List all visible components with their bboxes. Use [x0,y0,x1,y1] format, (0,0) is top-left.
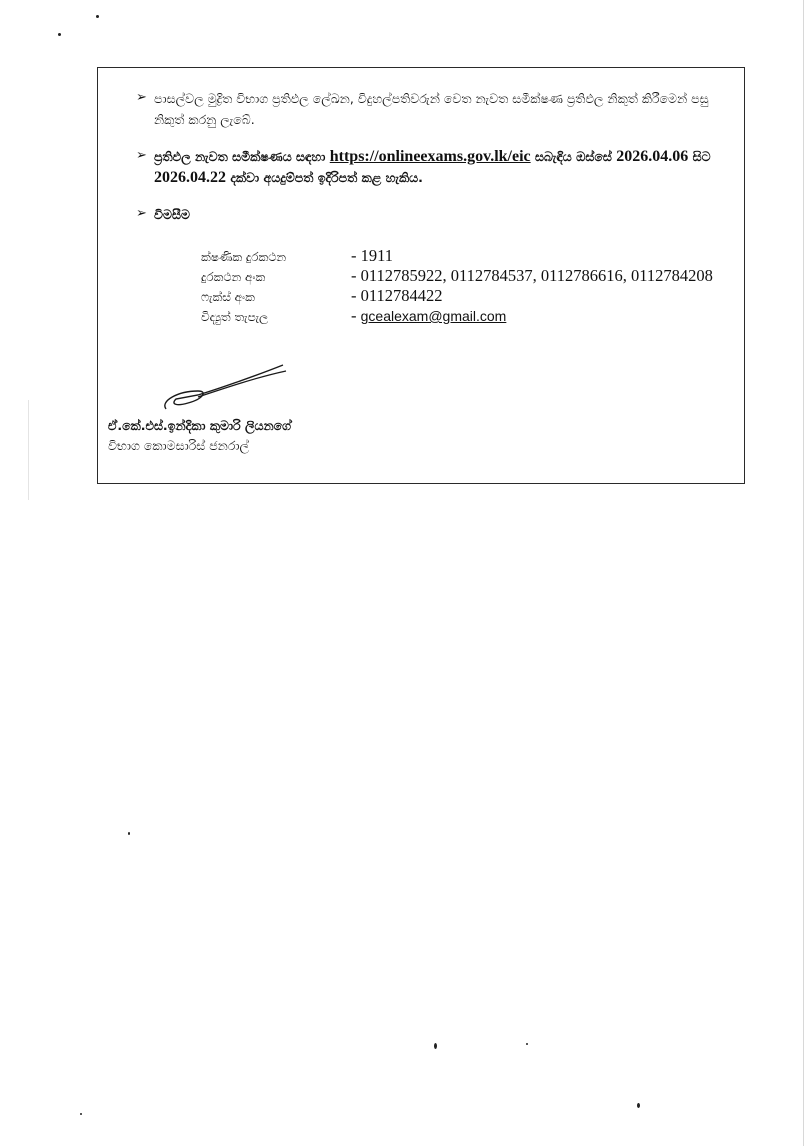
bullet-inquiries: ➢ විමසීම [136,204,714,225]
bullet-text: ප්‍රතිඵල නැවත සමීක්ෂණය සඳහා https://onli… [154,146,714,188]
contact-row-phone: දුරකථන අංක - 0112785922, 0112784537, 011… [201,266,713,286]
contact-value: - 0112784422 [351,286,443,306]
signer-title: විභාග කොමසාරිස් ජනරාල් [108,436,291,456]
bullet-text-part: සබැඳිය ඔස්සේ [535,149,612,164]
contact-row-email: විද්‍යුත් තැපැල - gcealexam@gmail.com [201,306,713,326]
notice-box: ➢ පාසල්වල මුද්‍රිත විභාග ප්‍රතිඵල ලේඛන, … [97,67,745,484]
signer-name: ඒ.කේ.එස්.ඉන්දිකා කුමාරි ලියනගේ [108,416,291,436]
bullet-printed-results: ➢ පාසල්වල මුද්‍රිත විභාග ප්‍රතිඵල ලේඛන, … [136,88,714,130]
date-to: 2026.04.22 [154,169,226,186]
contact-list: ක්ෂණික දුරකථන - 1911 දුරකථන අංක - 011278… [201,246,713,326]
contact-label: දුරකථන අංක [201,270,351,285]
email-link[interactable]: gcealexam@gmail.com [361,308,507,324]
scan-speck [96,15,99,18]
bullet-text-part: දක්වා අයදුම්පත් ඉදිරිපත් කළ හැකිය. [230,170,422,185]
scan-speck [434,1043,437,1049]
bullet-text-part: සිට [693,149,711,164]
recorrection-link[interactable]: https://onlineexams.gov.lk/eic [330,148,531,165]
arrowhead-bullet-icon: ➢ [136,88,154,130]
scan-speck [58,33,61,36]
scan-speck [526,1043,528,1045]
scan-speck [80,1113,82,1115]
scan-speck [128,832,130,835]
contact-value: - 1911 [351,246,393,266]
arrowhead-bullet-icon: ➢ [136,204,154,225]
bullet-text: විමසීම [154,204,714,225]
bullet-text: පාසල්වල මුද්‍රිත විභාග ප්‍රතිඵල ලේඛන, වි… [154,88,714,130]
contact-value: - 0112785922, 0112784537, 0112786616, 01… [351,266,713,286]
signer-block: ඒ.කේ.එස්.ඉන්දිකා කුමාරි ලියනගේ විභාග කොම… [108,416,291,456]
date-from: 2026.04.06 [616,148,688,165]
scan-edge [803,0,804,1146]
scan-speck [637,1103,640,1108]
signature [158,361,288,416]
contact-value-prefix: - [351,306,361,326]
contact-label: ක්ෂණික දුරකථන [201,250,351,265]
arrowhead-bullet-icon: ➢ [136,146,154,188]
contact-row-fax: ෆැක්ස් අංක - 0112784422 [201,286,713,306]
bullet-recorrection: ➢ ප්‍රතිඵල නැවත සමීක්ෂණය සඳහා https://on… [136,146,714,188]
bullet-text-part: ප්‍රතිඵල නැවත සමීක්ෂණය සඳහා [154,149,325,164]
contact-row-hotline: ක්ෂණික දුරකථන - 1911 [201,246,713,266]
contact-label: විද්‍යුත් තැපැල [201,310,351,325]
contact-label: ෆැක්ස් අංක [201,290,351,305]
scan-edge [28,400,29,500]
